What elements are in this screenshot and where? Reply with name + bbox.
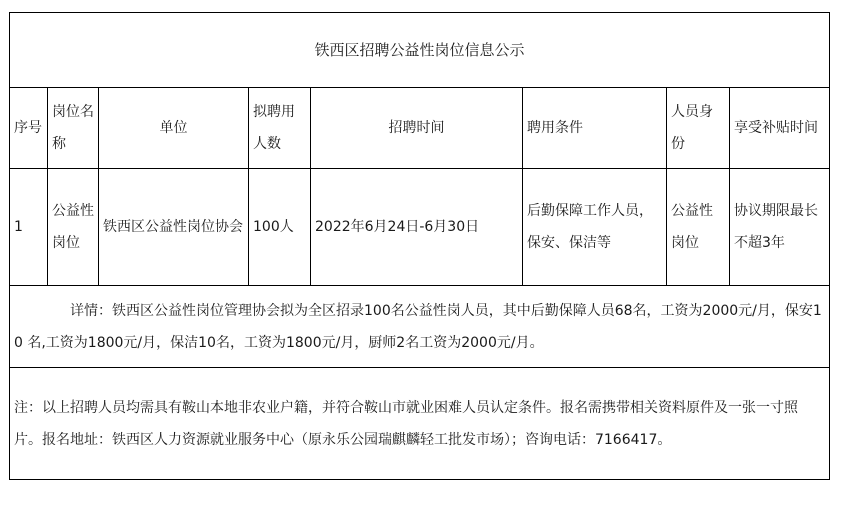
header-conditions: 聘用条件 [523, 88, 667, 169]
header-recruit-time: 招聘时间 [311, 88, 523, 169]
cell-post-name: 公益性岗位 [48, 169, 99, 286]
note-text: 注：以上招聘人员均需具有鞍山本地非农业户籍，并符合鞍山市就业困难人员认定条件。报… [10, 368, 830, 480]
title-row: 铁西区招聘公益性岗位信息公示 [10, 13, 830, 88]
table-row: 1 公益性岗位 铁西区公益性岗位协会 100人 2022年6月24日-6月30日… [10, 169, 830, 286]
cell-seq: 1 [10, 169, 48, 286]
page-title: 铁西区招聘公益性岗位信息公示 [10, 13, 830, 88]
header-identity: 人员身份 [667, 88, 730, 169]
cell-conditions: 后勤保障工作人员，保安、保洁等 [523, 169, 667, 286]
header-planned-count: 拟聘用人数 [249, 88, 311, 169]
cell-planned-count: 100人 [249, 169, 311, 286]
header-row: 序号 岗位名称 单位 拟聘用人数 招聘时间 聘用条件 人员身份 享受补贴时间 [10, 88, 830, 169]
recruitment-notice-table: 铁西区招聘公益性岗位信息公示 序号 岗位名称 单位 拟聘用人数 招聘时间 聘用条… [9, 12, 830, 480]
cell-identity: 公益性岗位 [667, 169, 730, 286]
header-subsidy-period: 享受补贴时间 [730, 88, 830, 169]
details-row: 详情：铁西区公益性岗位管理协会拟为全区招录100名公益性岗人员，其中后勤保障人员… [10, 286, 830, 368]
cell-subsidy-period: 协议期限最长不超3年 [730, 169, 830, 286]
cell-recruit-time: 2022年6月24日-6月30日 [311, 169, 523, 286]
header-seq: 序号 [10, 88, 48, 169]
note-row: 注：以上招聘人员均需具有鞍山本地非农业户籍，并符合鞍山市就业困难人员认定条件。报… [10, 368, 830, 480]
header-unit: 单位 [99, 88, 249, 169]
details-text: 详情：铁西区公益性岗位管理协会拟为全区招录100名公益性岗人员，其中后勤保障人员… [14, 303, 822, 351]
header-post-name: 岗位名称 [48, 88, 99, 169]
cell-unit: 铁西区公益性岗位协会 [99, 169, 249, 286]
details-cell: 详情：铁西区公益性岗位管理协会拟为全区招录100名公益性岗人员，其中后勤保障人员… [10, 286, 830, 368]
